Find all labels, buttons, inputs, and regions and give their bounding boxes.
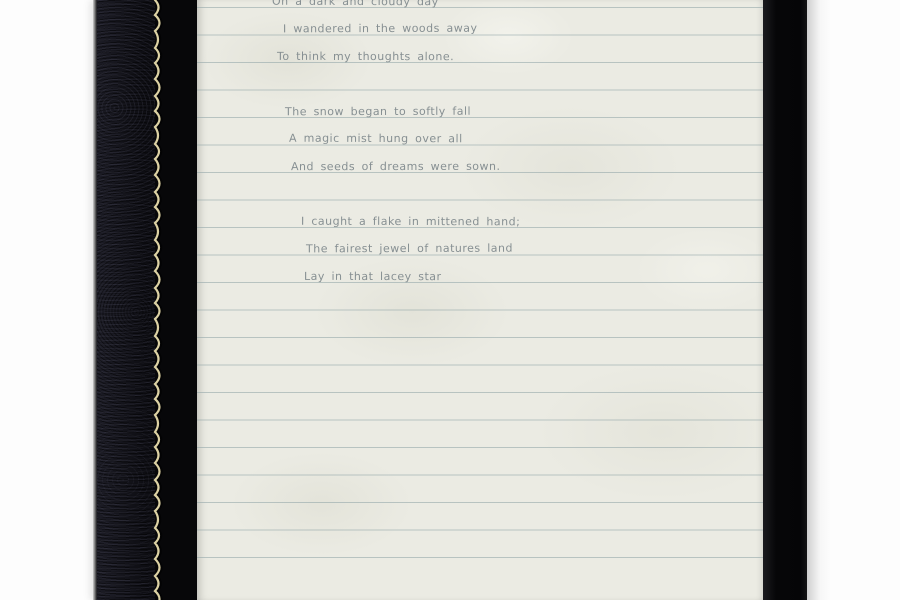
notebook-page: On a dark and cloudy day I wandered in t… [197,0,763,600]
notebook-right-cover-edge [763,0,807,600]
poem-line: Lay in that lacey star [304,270,442,284]
notebook-spine-cover [93,0,197,600]
poem-line: On a dark and cloudy day [272,0,439,9]
poem-line: The fairest jewel of natures land [306,242,513,257]
poem-line: And seeds of dreams were sown. [291,160,501,174]
stitching-seam [93,0,197,600]
poem-line: To think my thoughts alone. [277,50,454,64]
poem-line: I caught a flake in mittened hand; [301,215,520,230]
poem-line: A magic mist hung over all [289,132,463,147]
poem-line: The snow began to softly fall [285,105,471,119]
cast-shadow [807,0,831,600]
poem-line: I wandered in the woods away [283,22,478,37]
ruled-lines [197,0,763,600]
notebook-photo: On a dark and cloudy day I wandered in t… [0,0,900,600]
